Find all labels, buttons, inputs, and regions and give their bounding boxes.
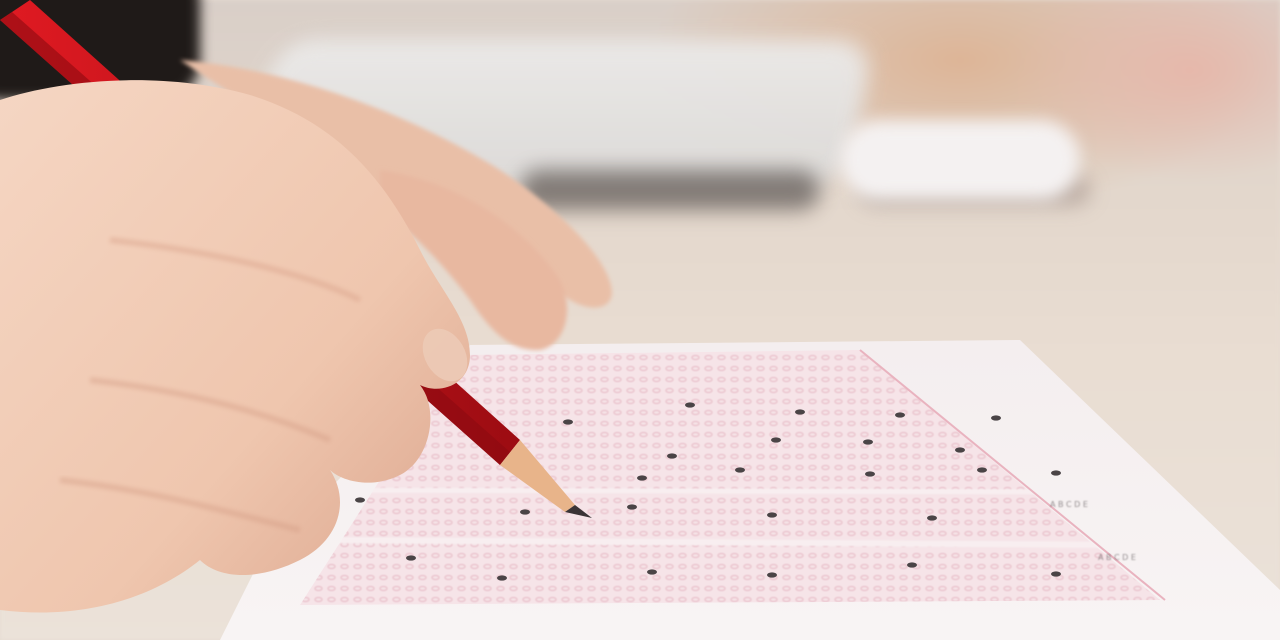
hand-and-pencil bbox=[0, 0, 1280, 640]
photo-scene: A B C D E A B C D E bbox=[0, 0, 1280, 640]
